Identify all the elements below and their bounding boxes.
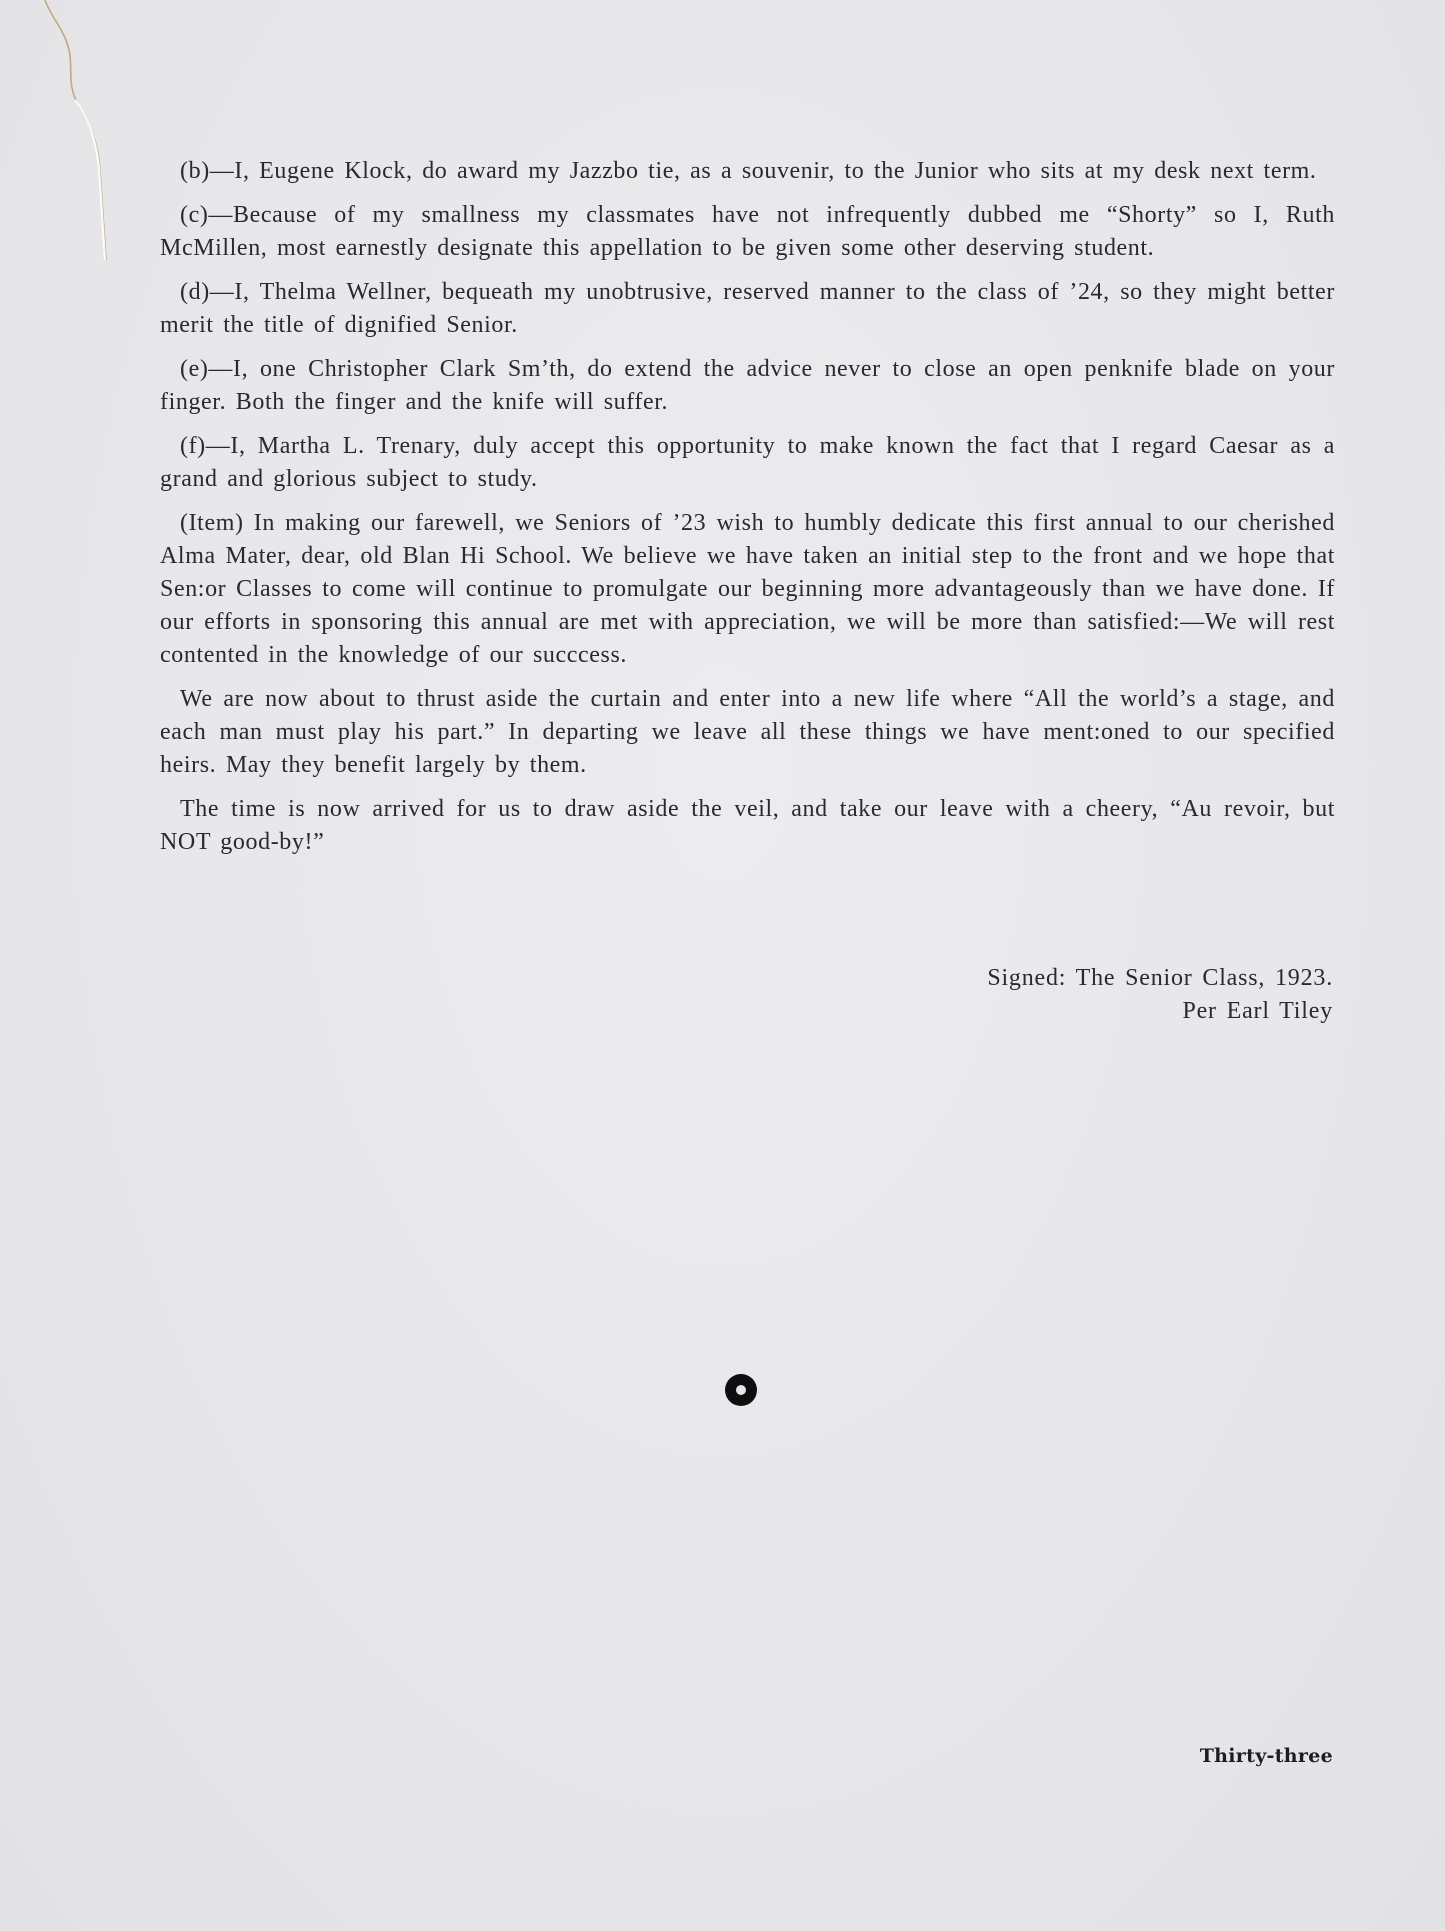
will-text-body: (b)—I, Eugene Klock, do award my Jazzbo … bbox=[160, 155, 1335, 870]
bequest-paragraph-e: (e)—I, one Christopher Clark Sm’th, do e… bbox=[160, 353, 1335, 419]
bequest-paragraph-c: (c)—Because of my smallness my classmate… bbox=[160, 199, 1335, 265]
binding-hole-icon bbox=[725, 1374, 757, 1406]
bequest-paragraph-f: (f)—I, Martha L. Trenary, duly accept th… bbox=[160, 430, 1335, 496]
closing-paragraph: The time is now arrived for us to draw a… bbox=[160, 793, 1335, 859]
signature-block: Signed: The Senior Class, 1923. Per Earl… bbox=[987, 962, 1333, 1028]
farewell-paragraph: We are now about to thrust aside the cur… bbox=[160, 683, 1335, 782]
yearbook-page: (b)—I, Eugene Klock, do award my Jazzbo … bbox=[0, 0, 1445, 1931]
dedication-paragraph: (Item) In making our farewell, we Senior… bbox=[160, 507, 1335, 672]
signature-line-author: Per Earl Tiley bbox=[987, 995, 1333, 1028]
paper-crease-mark bbox=[0, 0, 150, 260]
bequest-paragraph-b: (b)—I, Eugene Klock, do award my Jazzbo … bbox=[160, 155, 1335, 188]
page-number: Thirty-three bbox=[1200, 1745, 1333, 1767]
signature-line-class: Signed: The Senior Class, 1923. bbox=[987, 962, 1333, 995]
bequest-paragraph-d: (d)—I, Thelma Wellner, bequeath my unobt… bbox=[160, 276, 1335, 342]
